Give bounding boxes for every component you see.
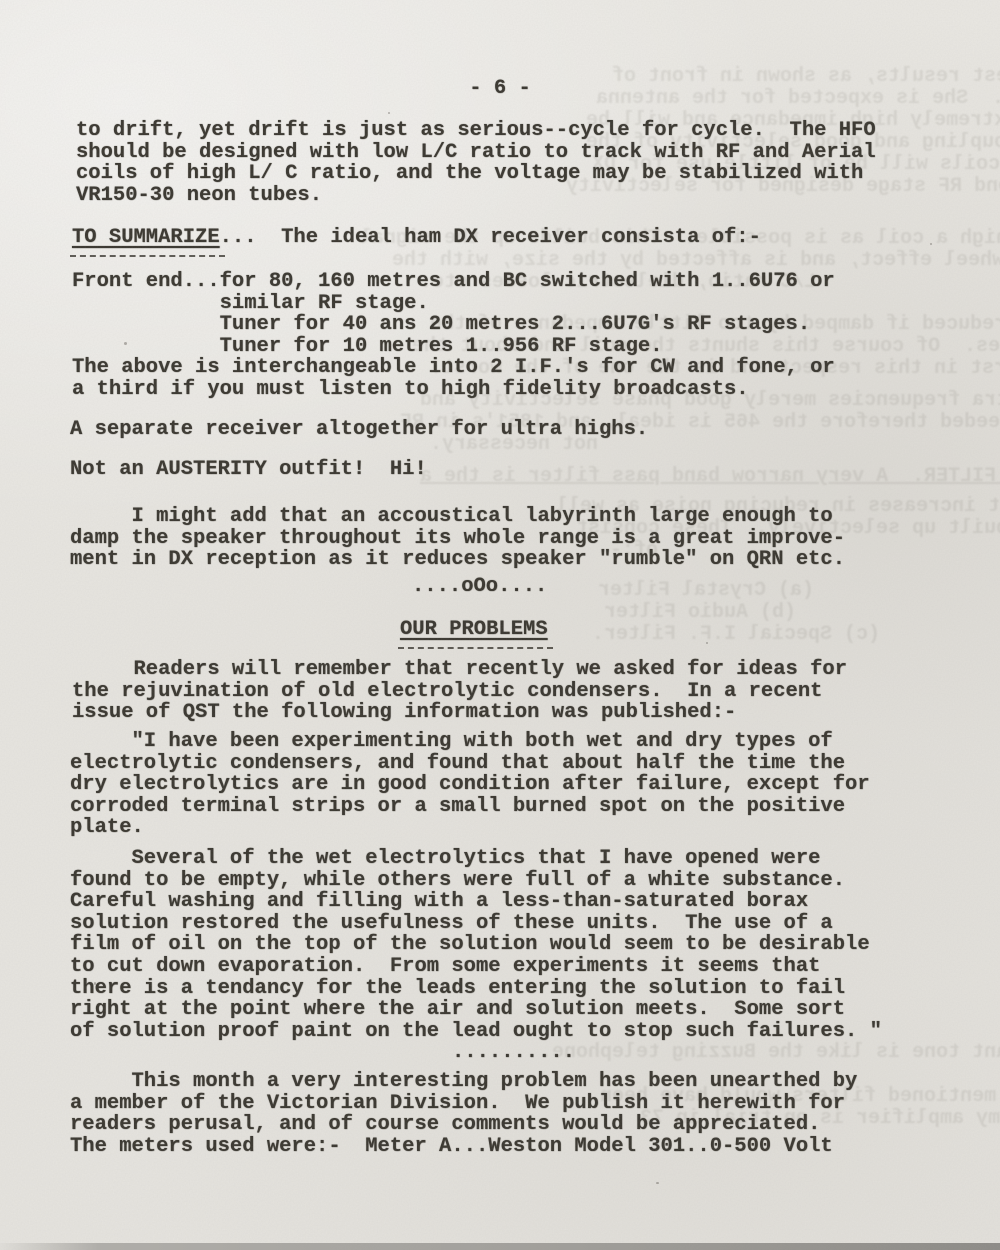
ghost-bleedthrough-text: (a) Crystal Filter — [598, 580, 814, 602]
dust-speck — [388, 112, 390, 114]
dust-speck — [930, 243, 932, 245]
ghost-bleedthrough-text: INTERFERENCE FILTER. A very narrow band … — [420, 466, 1000, 488]
paragraph-labyrinth: I might add that an accoustical labyrint… — [70, 506, 845, 571]
ghost-bleedthrough-text: (b) Audio Filter — [604, 602, 796, 624]
ghost-bleedthrough-text: resultant tone is like the Buzzing telep… — [540, 1042, 1000, 1064]
page-number: - 6 - — [0, 78, 1000, 100]
dust-speck — [656, 1182, 659, 1184]
ghost-bleedthrough-text: (c) Special I.F. Filter. — [592, 624, 880, 646]
scan-edge-shadow — [0, 1243, 1000, 1250]
line-ultra-highs: A separate receiver altogether for ultra… — [70, 419, 648, 441]
scanned-page: (b) Get the best results, as shown in fr… — [0, 0, 1000, 1250]
dust-speck — [94, 982, 96, 985]
paragraph-readers-intro: Readers will remember that recently we a… — [72, 659, 847, 724]
separator-ooo: ....oOo.... — [412, 576, 547, 598]
paragraph-qst-quote-2: Several of the wet electrolytics that I … — [70, 848, 882, 1042]
summarize-heading: TO SUMMARIZE — [72, 226, 220, 249]
separator-dots: .......... — [452, 1042, 575, 1064]
paragraph-hfo-drift: to drift, yet drift is just as serious--… — [76, 120, 876, 206]
paragraph-receiver-spec: Front end...for 80, 160 metres and BC sw… — [72, 271, 835, 401]
line-austerity: Not an AUSTERITY outfit! Hi! — [70, 459, 427, 481]
dust-speck — [124, 342, 127, 345]
ghost-bleedthrough-text: by the flywheel effect, and is affected … — [392, 250, 1000, 272]
paragraph-this-month: This month a very interesting problem ha… — [70, 1071, 857, 1157]
section-heading-our-problems: OUR PROBLEMS — [400, 619, 548, 641]
dust-speck — [706, 642, 708, 644]
our-problems-text: OUR PROBLEMS — [400, 618, 548, 641]
paragraph-qst-quote-1: "I have been experimenting with both wet… — [70, 731, 870, 839]
summarize-line: TO SUMMARIZE... The ideal ham DX receive… — [72, 227, 761, 249]
summarize-rest: ... The ideal ham DX receiver consista o… — [220, 226, 761, 249]
